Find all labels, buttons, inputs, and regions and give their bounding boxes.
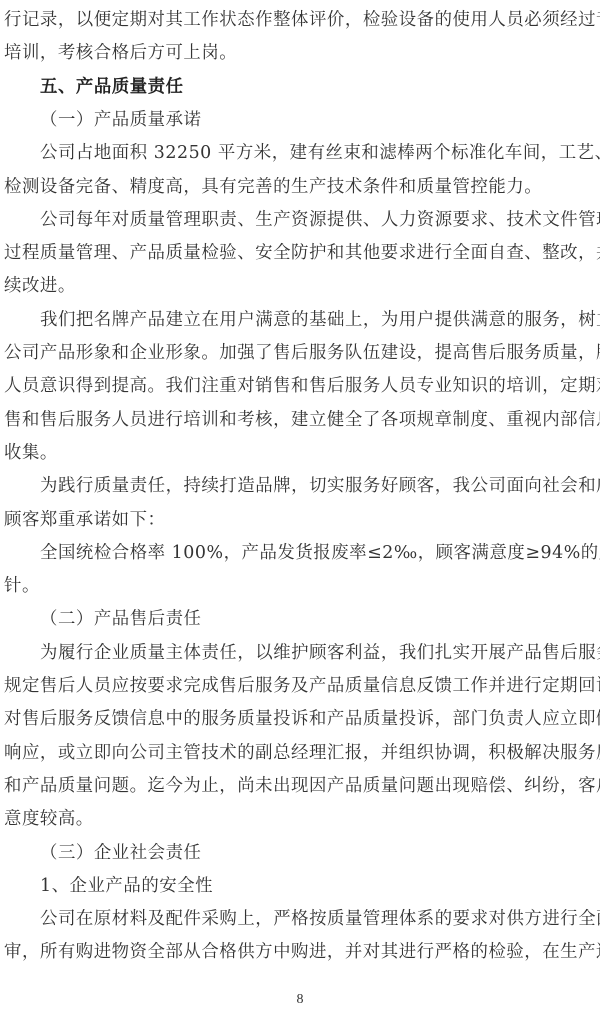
- text-line: 培训，考核合格后方可上岗。: [4, 37, 237, 70]
- text-line: 和产品质量问题。迄今为止，尚未出现因产品质量问题出现赔偿、纠纷，客户满: [4, 770, 596, 803]
- text-line: 为履行企业质量主体责任，以维护顾客利益，我们扎实开展产品售后服务，: [40, 637, 596, 670]
- text-line: 公司在原材料及配件采购上，严格按质量管理体系的要求对供方进行全面评: [40, 903, 596, 936]
- text-line: 顾客郑重承诺如下：: [4, 504, 165, 537]
- text-line: 对售后服务反馈信息中的服务质量投诉和产品质量投诉，部门负责人应立即做出: [4, 703, 596, 736]
- text-line: （二）产品售后责任: [40, 603, 201, 636]
- page-number: 8: [0, 992, 600, 1008]
- text-line: 响应，或立即向公司主管技术的副总经理汇报，并组织协调，积极解决服务质量: [4, 737, 596, 770]
- text-line: 为践行质量责任，持续打造品牌，切实服务好顾客，我公司面向社会和广大: [40, 470, 596, 503]
- text-line: （一）产品质量承诺: [40, 104, 201, 137]
- text-line: （三）企业社会责任: [40, 837, 201, 870]
- text-line: 人员意识得到提高。我们注重对销售和售后服务人员专业知识的培训，定期对销: [4, 370, 596, 403]
- text-line: 续改进。: [4, 270, 76, 303]
- text-line: 检测设备完备、精度高，具有完善的生产技术条件和质量管控能力。: [4, 171, 542, 204]
- text-line: 公司每年对质量管理职责、生产资源提供、人力资源要求、技术文件管理、: [40, 204, 596, 237]
- text-line: 规定售后人员应按要求完成售后服务及产品质量信息反馈工作并进行定期回访，: [4, 670, 596, 703]
- text-line: 公司占地面积 32250 平方米，建有丝束和滤棒两个标准化车间，工艺、计量、: [40, 137, 596, 170]
- text-line: 售和售后服务人员进行培训和考核，建立健全了各项规章制度、重视内部信息的: [4, 404, 596, 437]
- text-line: 审，所有购进物资全部从合格供方中购进，并对其进行严格的检验，在生产过程: [4, 936, 596, 969]
- text-line: 针。: [4, 570, 40, 603]
- text-line: 1、企业产品的安全性: [40, 870, 213, 903]
- text-line: 过程质量管理、产品质量检验、安全防护和其他要求进行全面自查、整改，并持: [4, 237, 596, 270]
- text-line: 行记录，以便定期对其工作状态作整体评价，检验设备的使用人员必须经过专业: [4, 4, 596, 37]
- text-line: 意度较高。: [4, 803, 94, 836]
- text-line: 收集。: [4, 437, 58, 470]
- section-heading: 五、产品质量责任: [40, 71, 184, 104]
- text-line: 我们把名牌产品建立在用户满意的基础上，为用户提供满意的服务，树立了: [40, 304, 596, 337]
- text-line: 全国统检合格率 100%，产品发货报废率≤2‰，顾客满意度≥94%的质量方: [40, 537, 596, 570]
- text-line: 公司产品形象和企业形象。加强了售后服务队伍建设，提高售后服务质量，服务: [4, 337, 596, 370]
